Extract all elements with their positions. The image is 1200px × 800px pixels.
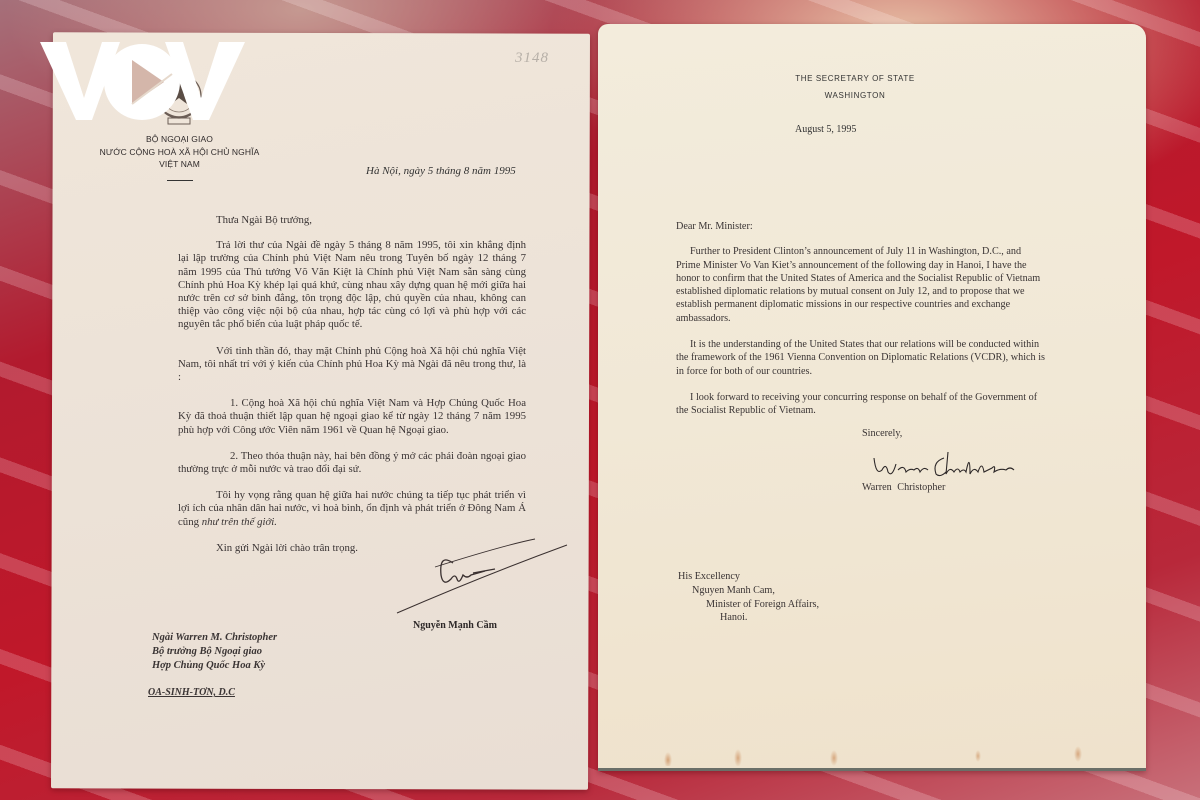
letterhead-line: THE SECRETARY OF STATE: [760, 70, 950, 87]
handwritten-signature-icon: [870, 448, 1020, 484]
body-paragraph: I look forward to receiving your concurr…: [676, 391, 1046, 418]
body-paragraph: Tôi hy vọng rằng quan hệ giữa hai nước c…: [178, 489, 526, 529]
vn-letter-body: Thưa Ngài Bộ trưởng, Trả lời thư của Ngà…: [178, 214, 526, 568]
vn-recipient-block: Ngài Warren M. Christopher Bộ trưởng Bộ …: [152, 631, 277, 673]
body-paragraph: 1. Cộng hoà Xã hội chủ nghĩa Việt Nam và…: [178, 397, 526, 437]
us-recipient-block: His Excellency Nguyen Manh Cam, Minister…: [678, 570, 819, 625]
signer-name: Nguyễn Mạnh Cầm: [413, 620, 497, 631]
recipient-line: His Excellency: [678, 570, 819, 584]
recipient-city: OA-SINH-TƠN, D.C: [148, 687, 235, 698]
vov-logo-icon: [40, 42, 245, 122]
us-letterhead: THE SECRETARY OF STATE WASHINGTON: [760, 70, 950, 104]
body-paragraph: Trả lời thư của Ngài đề ngày 5 tháng 8 n…: [178, 239, 526, 331]
vn-letterhead: BỘ NGOẠI GIAO NƯỚC CỘNG HOÀ XÃ HỘI CHỦ N…: [82, 133, 277, 181]
vn-letter-date: Hà Nội, ngày 5 tháng 8 năm 1995: [366, 165, 516, 177]
body-paragraph: Với tinh thần đó, thay mặt Chính phủ Cộn…: [178, 345, 526, 385]
signer-name: Warren Christopher: [862, 482, 945, 493]
closing: Sincerely,: [862, 428, 902, 439]
recipient-line: Hanoi.: [678, 611, 819, 625]
recipient-line: Hợp Chủng Quốc Hoa Kỳ: [152, 659, 277, 673]
recipient-line: Bộ trưởng Bộ Ngoại giao: [152, 645, 277, 659]
recipient-line: Minister of Foreign Affairs,: [678, 598, 819, 612]
hope-text-end: như trên thế giới.: [202, 516, 277, 528]
handwritten-signature-icon: [395, 535, 570, 615]
recipient-line: Ngài Warren M. Christopher: [152, 631, 277, 645]
body-paragraph: Further to President Clinton’s announcem…: [676, 245, 1046, 325]
letterhead-line: WASHINGTON: [760, 87, 950, 104]
letterhead-line: BỘ NGOẠI GIAO: [82, 133, 277, 146]
letterhead-divider: [167, 180, 193, 181]
recipient-line: Nguyen Manh Cam,: [678, 584, 819, 598]
salutation: Dear Mr. Minister:: [676, 220, 1046, 233]
us-letter-date: August 5, 1995: [795, 124, 856, 135]
letterhead-line: VIỆT NAM: [82, 158, 277, 171]
us-letter-body: Dear Mr. Minister: Further to President …: [676, 220, 1046, 431]
body-paragraph: It is the understanding of the United St…: [676, 338, 1046, 378]
body-paragraph: 2. Theo thỏa thuận này, hai bên đồng ý m…: [178, 450, 526, 476]
letterhead-line: NƯỚC CỘNG HOÀ XÃ HỘI CHỦ NGHĨA: [82, 146, 277, 159]
salutation: Thưa Ngài Bộ trưởng,: [216, 214, 526, 227]
page-number: 3148: [515, 50, 549, 67]
